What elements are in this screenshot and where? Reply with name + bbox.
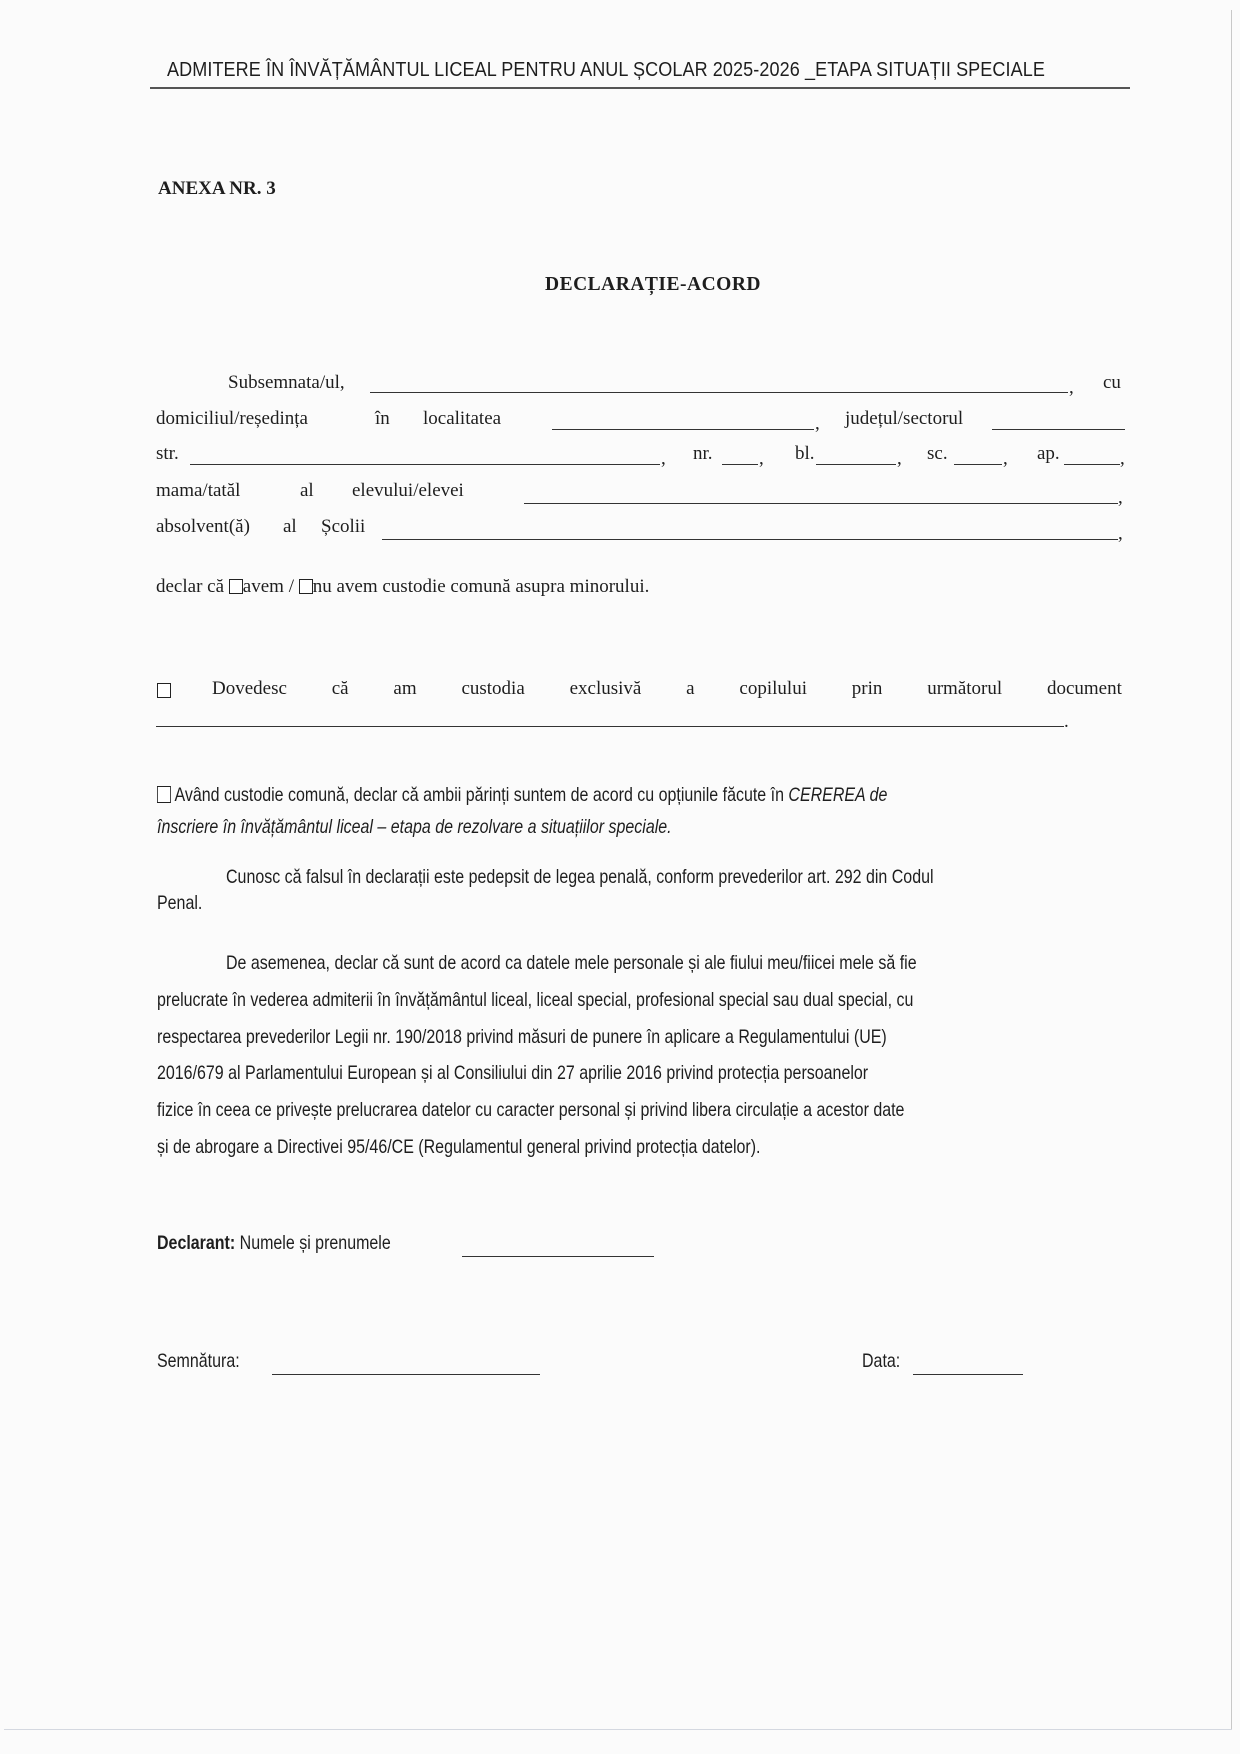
comma: , — [1118, 487, 1123, 509]
cu-label: cu — [1103, 372, 1121, 394]
gdpr-line: fizice în ceea ce privește prelucrarea d… — [157, 1099, 904, 1122]
scolii-label: Școlii — [321, 516, 365, 538]
sc-field[interactable] — [954, 464, 1002, 465]
comma: , — [1069, 377, 1074, 399]
mama-label: mama/tatăl — [156, 480, 240, 502]
exclusive-word: exclusivă — [570, 678, 642, 700]
str-label: str. — [156, 443, 179, 465]
checkbox-avem[interactable] — [229, 579, 243, 594]
al-label: al — [283, 516, 297, 538]
exclusive-word: că — [332, 678, 349, 700]
cerere-ref: CEREREA de — [788, 784, 887, 806]
document-title: DECLARAȚIE-ACORD — [545, 274, 761, 296]
checkbox-nu-avem[interactable] — [299, 579, 313, 594]
joint-custody-line1: Având custodie comună, declar că ambii p… — [157, 784, 887, 807]
comma: , — [661, 448, 666, 470]
bl-field[interactable] — [816, 464, 896, 465]
exclusive-custody-text: Dovedesccăamcustodiaexclusivăacopiluluip… — [212, 678, 1122, 700]
declarant-label: Declarant: — [157, 1232, 235, 1254]
ap-label: ap. — [1037, 443, 1060, 465]
penal-notice-line1: Cunosc că falsul în declarații este pede… — [226, 866, 934, 889]
joint-custody-line2: înscriere în învățământul liceal – etapa… — [157, 816, 672, 839]
bl-label: bl. — [795, 443, 815, 465]
scolii-field[interactable] — [382, 539, 1118, 540]
custody-declaration: declar că avem / nu avem custodie comună… — [156, 576, 649, 598]
date-field[interactable] — [913, 1374, 1023, 1375]
comma: , — [759, 448, 764, 470]
signature-label: Semnătura: — [157, 1350, 240, 1373]
exclusive-word: custodia — [461, 678, 524, 700]
subsemnata-label: Subsemnata/ul, — [228, 372, 345, 394]
gdpr-line: 2016/679 al Parlamentului European și al… — [157, 1062, 868, 1085]
comma: , — [1118, 523, 1123, 545]
period: . — [1064, 711, 1069, 733]
gdpr-line: și de abrogare a Directivei 95/46/CE (Re… — [157, 1136, 761, 1159]
comma: , — [1003, 448, 1008, 470]
exclusive-word: prin — [852, 678, 883, 700]
name-label: Numele și prenumele — [240, 1232, 391, 1254]
annex-label: ANEXA NR. 3 — [158, 178, 276, 200]
declarant-line: Declarant: Numele și prenumele — [157, 1232, 391, 1255]
elevului-field[interactable] — [524, 503, 1118, 504]
separator: / — [289, 576, 294, 597]
subsemnata-field[interactable] — [370, 392, 1068, 393]
str-field[interactable] — [190, 464, 660, 465]
exclusive-word: copilului — [739, 678, 807, 700]
comma: , — [897, 448, 902, 470]
exclusive-word: am — [393, 678, 416, 700]
exclusive-custody-document-field[interactable] — [156, 726, 1064, 727]
sc-label: sc. — [927, 443, 948, 465]
header-title: ADMITERE ÎN ÎNVĂȚĂMÂNTUL LICEAL PENTRU A… — [167, 58, 1045, 82]
gdpr-line: De asemenea, declar că sunt de acord ca … — [226, 952, 917, 975]
elevului-label: elevului/elevei — [352, 480, 464, 502]
judetul-label: județul/sectorul — [845, 408, 963, 430]
option-avem-label: avem — [243, 576, 284, 597]
domiciliu-label: domiciliul/reședința — [156, 408, 308, 430]
option-nu-avem-label: nu avem custodie comună asupra minorului… — [313, 576, 650, 597]
absolvent-label: absolvent(ă) — [156, 516, 250, 538]
joint-custody-text: Având custodie comună, declar că ambii p… — [175, 784, 784, 806]
judetul-field[interactable] — [992, 429, 1125, 430]
page-edge-bottom — [4, 1729, 1232, 1730]
nr-field[interactable] — [722, 464, 758, 465]
checkbox-exclusive-custody[interactable] — [157, 683, 171, 698]
exclusive-word: următorul — [927, 678, 1002, 700]
localitatea-field[interactable] — [552, 429, 814, 430]
gdpr-line: prelucrate în vederea admiterii în învăț… — [157, 989, 913, 1012]
localitatea-label: localitatea — [423, 408, 501, 430]
exclusive-word: a — [686, 678, 694, 700]
custody-prefix: declar că — [156, 576, 224, 597]
nr-label: nr. — [693, 443, 713, 465]
ap-field[interactable] — [1064, 464, 1120, 465]
exclusive-word: document — [1047, 678, 1122, 700]
penal-notice-line2: Penal. — [157, 892, 202, 915]
gdpr-line: respectarea prevederilor Legii nr. 190/2… — [157, 1026, 887, 1049]
comma: , — [1120, 448, 1125, 470]
signature-field[interactable] — [272, 1374, 540, 1375]
header-rule — [150, 87, 1130, 89]
exclusive-word: Dovedesc — [212, 678, 287, 700]
in-label: în — [375, 408, 390, 430]
name-field[interactable] — [462, 1256, 654, 1257]
date-label: Data: — [862, 1350, 900, 1373]
page-edge-right — [1231, 10, 1232, 1730]
comma: , — [815, 413, 820, 435]
checkbox-joint-custody[interactable] — [157, 786, 171, 803]
al-label: al — [300, 480, 314, 502]
